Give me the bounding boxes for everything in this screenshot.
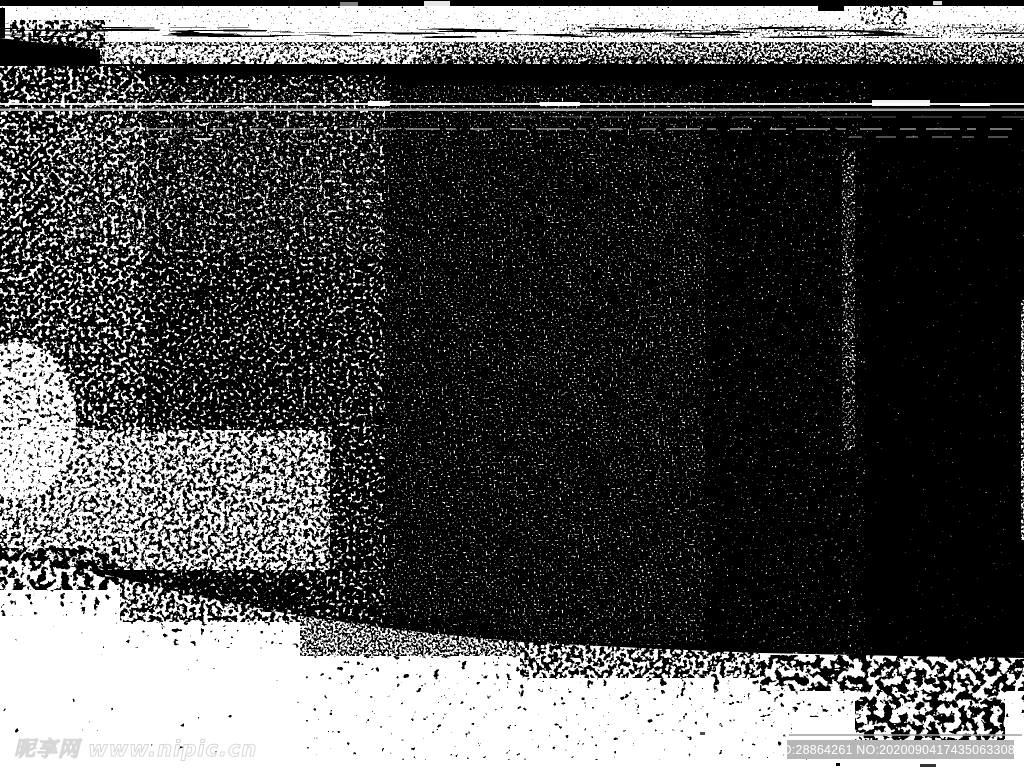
nipic-watermark: 昵享网 www.nipic.cn [14, 733, 257, 763]
image-id-badge: ID:28864261 NO:20200904174350633080 [787, 740, 1014, 759]
speckle-overlays [0, 66, 1024, 655]
grunge-noise-artwork [0, 0, 1024, 768]
id-badge-top-line [789, 734, 1022, 736]
image-id-text: ID:28864261 NO:20200904174350633080 [779, 743, 1022, 757]
watermark-text: 昵享网 www.nipic.cn [14, 737, 257, 761]
stock-texture-image: 昵享网 www.nipic.cn ID:28864261 NO:20200904… [0, 0, 1024, 768]
